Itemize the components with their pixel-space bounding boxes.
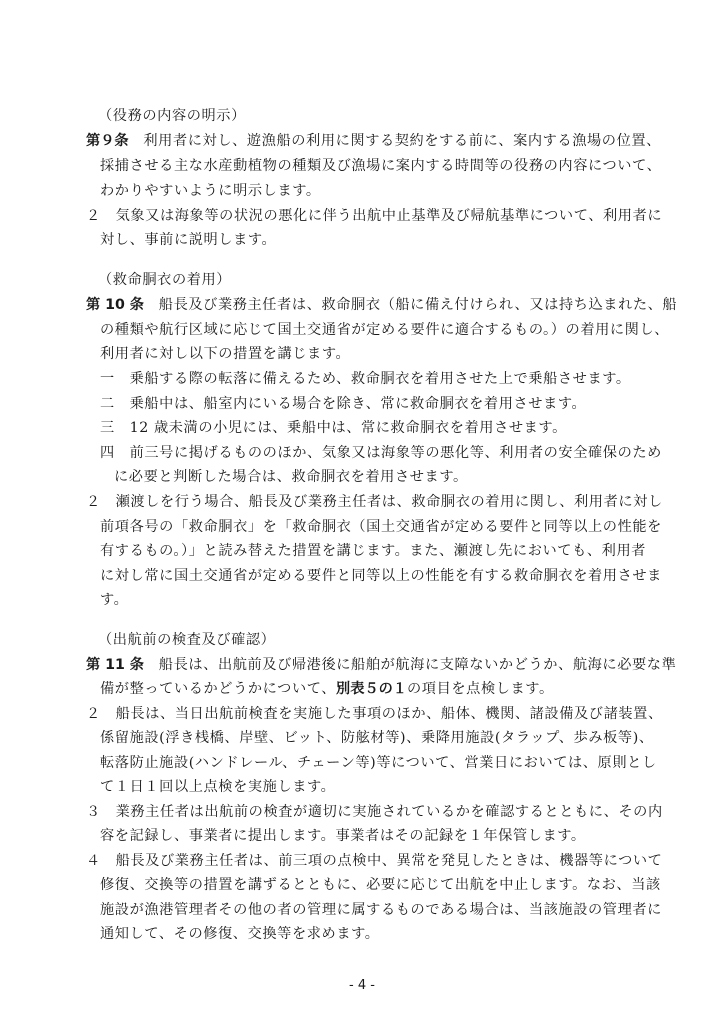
paragraph: ２ 瀬渡しを行う場合、船長及び業務主任者は、救命胴衣の着用に関し、利用者に対し bbox=[86, 492, 663, 512]
article-line: 第 10 条 船長及び業務主任者は、救命胴衣（船に備え付けられ、又は持ち込まれた… bbox=[86, 295, 677, 315]
list-item: 三 12 歳未満の小児には、乗船中は、常に救命胴衣を着用させます。 bbox=[100, 418, 567, 438]
section-heading: （出航前の検査及び確認） bbox=[98, 630, 275, 650]
section-heading: （役務の内容の明示） bbox=[98, 106, 246, 126]
paragraph-text: に対し常に国土交通省が定める要件と同等以上の性能を有する救命胴衣を着用させま bbox=[100, 566, 662, 586]
paragraph-text: 通知して、その修復、交換等を求めます。 bbox=[100, 924, 380, 944]
article-text: 採捕させる主な水産動植物の種類及び漁場に案内する時間等の役務の内容について、 bbox=[100, 156, 661, 176]
article-text: の種類や航行区域に応じて国土交通省が定める要件に適合するもの。）の着用に関し、 bbox=[100, 320, 669, 340]
paragraph-text: 係留施設(浮き桟橋、岸壁、ビット、防舷材等)、乗降用施設(タラップ、歩み板等)、 bbox=[100, 728, 654, 748]
list-item-text: に必要と判断した場合は、救命胴衣を着用させます。 bbox=[114, 467, 468, 487]
article-text: 備が整っているかどうかについて、別表５の１の項目を点検します。 bbox=[100, 679, 554, 699]
article-label: 第 11 条 bbox=[86, 657, 144, 673]
paragraph: ２ 船長は、当日出航前検査を実施した事項のほか、船体、機関、諸設備及び諸装置、 bbox=[86, 704, 663, 724]
list-item: 四 前三号に掲げるもののほか、気象又は海象等の悪化等、利用者の安全確保のため bbox=[100, 443, 662, 463]
paragraph-text: 転落防止施設(ハンドレール、チェーン等)等について、営業日においては、原則とし bbox=[100, 753, 657, 773]
article-text: わかりやすいように明示します。 bbox=[100, 181, 321, 201]
page-number: - 4 - bbox=[0, 978, 724, 993]
paragraph: ３ 業務主任者は出航前の検査が適切に実施されているかを確認するとともに、その内 bbox=[86, 802, 663, 822]
section-heading: （救命胴衣の着用） bbox=[98, 270, 231, 290]
paragraph-text: 容を記録し、事業者に提出します。事業者はその記録を１年保管します。 bbox=[100, 826, 586, 846]
paragraph-text: 有するもの。）」と読み替えた措置を講じます。また、瀬渡し先においても、利用者 bbox=[100, 541, 646, 561]
paragraph-text: 修復、交換等の措置を講ずるとともに、必要に応じて出航を中止します。なお、当該 bbox=[100, 875, 661, 895]
document-page: （役務の内容の明示） 第９条 利用者に対し、遊漁船の利用に関する契約をする前に、… bbox=[0, 0, 724, 1024]
paragraph-text: て１日１回以上点検を実施します。 bbox=[100, 777, 335, 797]
paragraph-text: 前項各号の「救命胴衣」を「救命胴衣（国土交通省が定める要件と同等以上の性能を bbox=[100, 517, 662, 537]
appendix-reference: 別表５の１ bbox=[336, 681, 407, 697]
article-text: 利用者に対し以下の措置を講じます。 bbox=[100, 344, 350, 364]
paragraph-text: 施設が漁港管理者その他の者の管理に属するものである場合は、当該施設の管理者に bbox=[100, 900, 662, 920]
paragraph: ４ 船長及び業務主任者は、前三項の点検中、異常を発見したときは、機器等について bbox=[86, 851, 662, 871]
list-item: 一 乗船する際の転落に備えるため、救命胴衣を着用させた上で乗船させます。 bbox=[100, 369, 631, 389]
article-line: 第９条 利用者に対し、遊漁船の利用に関する契約をする前に、案内する漁場の位置、 bbox=[86, 131, 661, 151]
article-label: 第９条 bbox=[86, 133, 129, 149]
article-label: 第 10 条 bbox=[86, 297, 144, 313]
paragraph: ２ 気象又は海象等の状況の悪化に伴う出航中止基準及び帰航基準について、利用者に bbox=[86, 206, 662, 226]
list-item: 二 乗船中は、船室内にいる場合を除き、常に救命胴衣を着用させます。 bbox=[100, 394, 586, 414]
paragraph-text: 対し、事前に説明します。 bbox=[100, 230, 276, 250]
paragraph-text: す。 bbox=[100, 590, 128, 610]
article-line: 第 11 条 船長は、出航前及び帰港後に船舶が航海に支障ないかどうか、航海に必要… bbox=[86, 655, 676, 675]
